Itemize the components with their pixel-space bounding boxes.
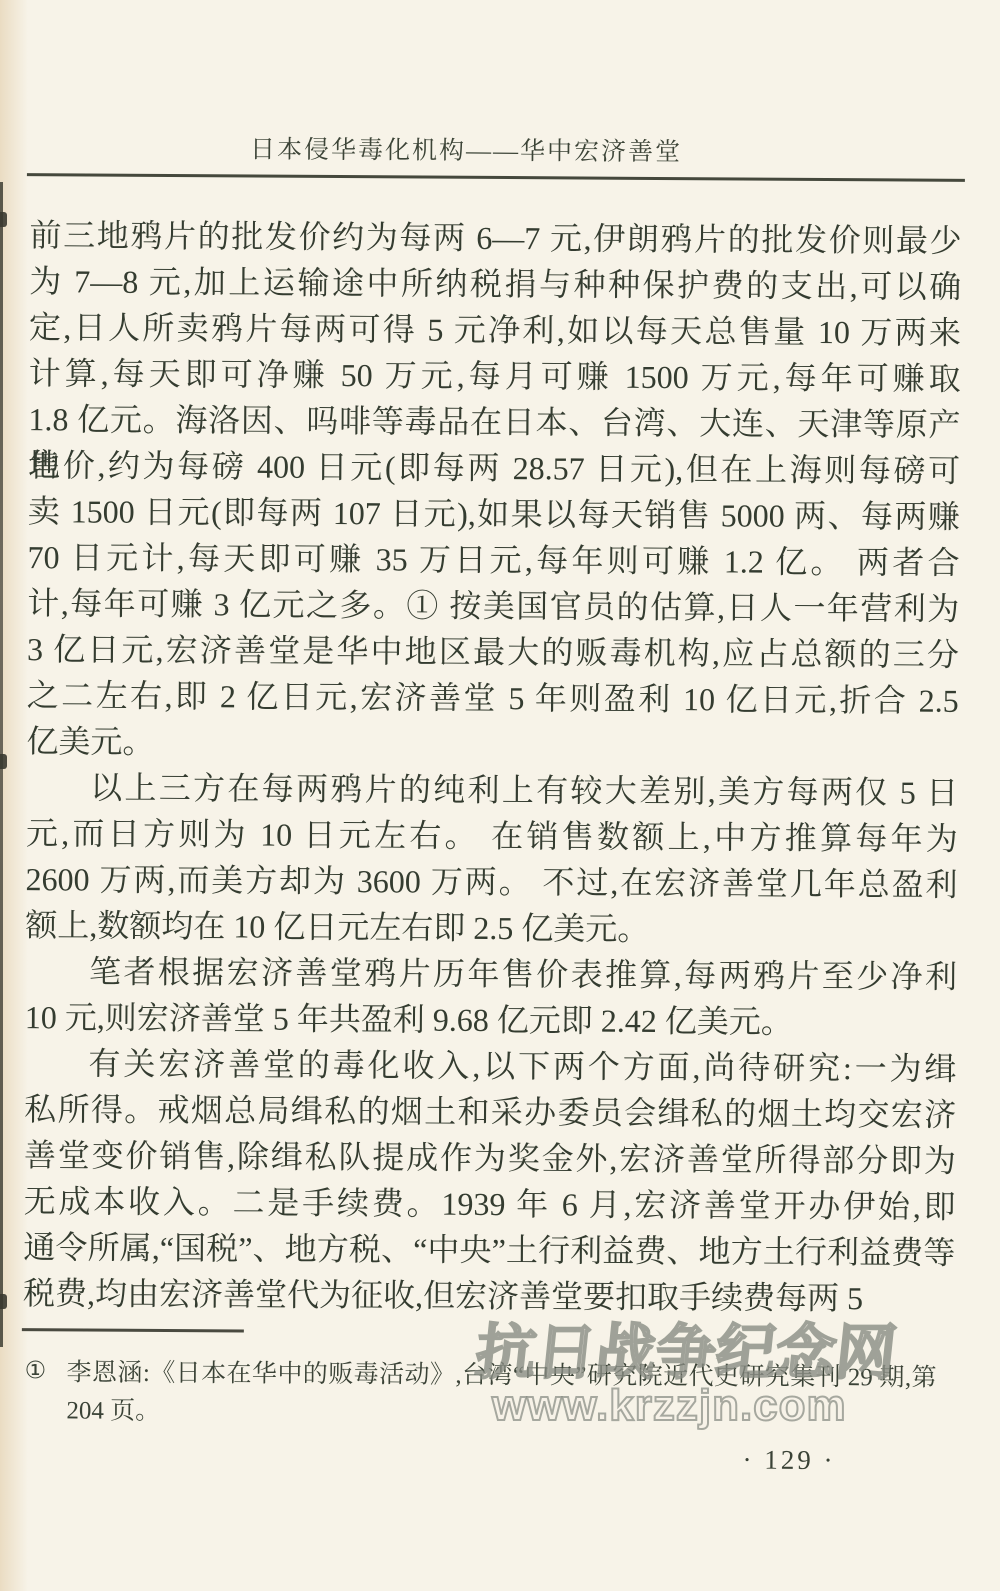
body-line-p1-l9: 计,每年可赚 3 亿元之多。① 按美国官员的估算,日人一年营利为 — [27, 580, 959, 632]
running-header-title: 日本侵华毒化机构——华中宏济善堂 — [0, 134, 966, 170]
body-line-p2-l2: 元,而日方则为 10 日元左右。 在销售数额上,中方推算每年为 — [26, 810, 958, 862]
body-line-p4-l1: 有关宏济善堂的毒化收入,以下两个方面,尚待研究:一为缉 — [24, 1040, 956, 1092]
page-number: · 129 · — [729, 1444, 849, 1476]
body-line-p4-l4: 无成本收入。二是手续费。1939 年 6 月,宏济善堂开办伊始,即 — [24, 1178, 956, 1230]
footnote-text: 李恩涵:《日本在华中的贩毒活动》,台湾“中央”研究院近代史研究集刊 29 期,第… — [66, 1354, 936, 1435]
body-text: 前三地鸦片的批发价约为每两 6—7 元,伊朗鸦片的批发价则最少为 7—8 元,加… — [23, 212, 962, 1322]
footnote-line-2: 204 页。 — [66, 1392, 936, 1435]
body-line-p4-l3: 善堂变价销售,除缉私队提成作为奖金外,宏济善堂所得部分即为 — [24, 1132, 956, 1184]
body-line-p1-l11: 之二左右,即 2 亿日元,宏济善堂 5 年则盈利 10 亿日元,折合 2.5 — [27, 672, 959, 724]
body-line-p1-l5: 1.8 亿元。海洛因、吗啡等毒品在日本、台湾、大连、天津等原产地 — [28, 396, 960, 448]
header-rule — [27, 173, 965, 182]
body-line-p1-l12: 亿美元。 — [26, 718, 958, 770]
body-line-p1-l10: 3 亿日元,宏济善堂是华中地区最大的贩毒机构,应占总额的三分 — [27, 626, 959, 678]
body-line-p1-l8: 70 日元计,每天即可赚 35 万日元,每年则可赚 1.2 亿。 两者合 — [27, 534, 959, 586]
scan-edge-mark — [0, 1294, 7, 1309]
body-line-p3-l1: 笔者根据宏济善堂鸦片历年售价表推算,每两鸦片至少净利 — [25, 948, 957, 1000]
body-line-p4-l5: 通令所属,“国税”、地方税、“中央”土行利益费、地方土行利益费等 — [23, 1224, 955, 1276]
body-line-p1-l2: 为 7—8 元,加上运输途中所纳税捐与种种保护费的支出,可以确 — [29, 258, 961, 310]
footnote-separator-rule — [22, 1328, 244, 1332]
body-line-p1-l7: 卖 1500 日元(即每两 107 日元),如果以每天销售 5000 两、每两赚 — [28, 488, 960, 540]
body-line-p2-l4: 额上,数额均在 10 亿日元左右即 2.5 亿美元。 — [25, 902, 957, 954]
body-line-p1-l1: 前三地鸦片的批发价约为每两 6—7 元,伊朗鸦片的批发价则最少 — [29, 212, 961, 264]
body-line-p4-l6: 税费,均由宏济善堂代为征收,但宏济善堂要扣取手续费每两 5 — [23, 1270, 955, 1322]
scan-edge-mark — [0, 212, 7, 227]
body-line-p2-l1: 以上三方在每两鸦片的纯利上有较大差别,美方每两仅 5 日 — [26, 764, 958, 816]
footnote: ① 李恩涵:《日本在华中的贩毒活动》,台湾“中央”研究院近代史研究集刊 29 期… — [24, 1354, 936, 1436]
book-page-scan: 日本侵华毒化机构——华中宏济善堂 前三地鸦片的批发价约为每两 6—7 元,伊朗鸦… — [0, 0, 1000, 1591]
scan-edge-mark — [0, 754, 7, 769]
page-content: 日本侵华毒化机构——华中宏济善堂 前三地鸦片的批发价约为每两 6—7 元,伊朗鸦… — [0, 0, 1000, 1591]
body-line-p1-l6: 售价,约为每磅 400 日元(即每两 28.57 日元),但在上海则每磅可 — [28, 442, 960, 494]
footnote-marker: ① — [25, 1356, 47, 1385]
body-line-p1-l4: 计算,每天即可净赚 50 万元,每月可赚 1500 万元,每年可赚取 — [29, 350, 961, 402]
body-line-p3-l2: 10 元,则宏济善堂 5 年共盈利 9.68 亿元即 2.42 亿美元。 — [25, 994, 957, 1046]
body-line-p4-l2: 私所得。戒烟总局缉私的烟土和采办委员会缉私的烟土均交宏济 — [24, 1086, 956, 1138]
body-line-p1-l3: 定,日人所卖鸦片每两可得 5 元净利,如以每天总售量 10 万两来 — [29, 304, 961, 356]
footnote-line-1: 李恩涵:《日本在华中的贩毒活动》,台湾“中央”研究院近代史研究集刊 29 期,第 — [66, 1354, 936, 1397]
body-line-p2-l3: 2600 万两,而美方却为 3600 万两。 不过,在宏济善堂几年总盈利 — [25, 856, 957, 908]
